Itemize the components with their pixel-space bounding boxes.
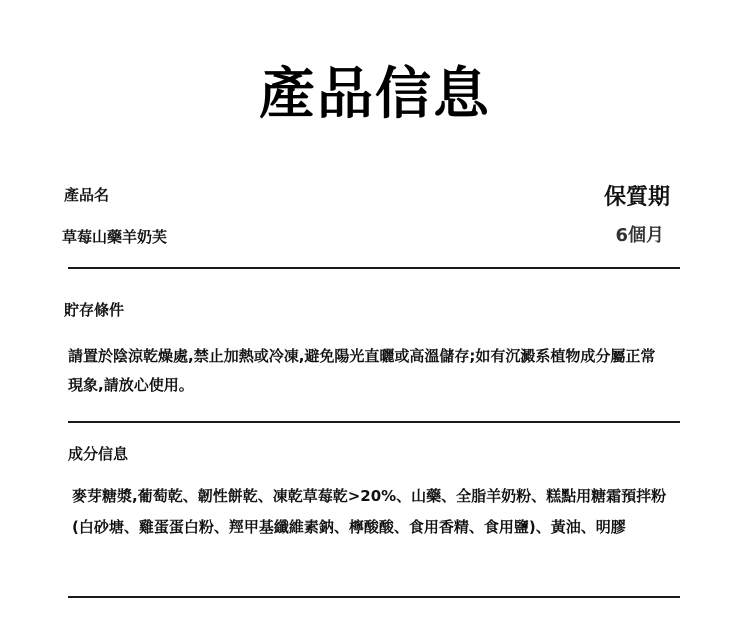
- storage-label: 貯存條件: [64, 300, 124, 320]
- ingredients-label: 成分信息: [68, 444, 128, 464]
- divider-2: [68, 421, 680, 423]
- storage-text: 請置於陰涼乾燥處,禁止加熱或冷凍,避免陽光直曬或高溫儲存;如有沉澱系植物成分屬正…: [68, 342, 668, 400]
- product-name-value: 草莓山藥羊奶芙: [62, 227, 167, 247]
- divider-1: [68, 267, 680, 269]
- product-name-label: 產品名: [64, 185, 109, 205]
- page-title: 產品信息: [0, 58, 750, 132]
- shelf-life-value: 6個月: [615, 224, 664, 248]
- ingredients-text: 麥芽糖漿,葡萄乾、韌性餅乾、凍乾草莓乾>20%、山藥、全脂羊奶粉、糕點用糖霜預拌…: [72, 481, 667, 543]
- shelf-life-label: 保質期: [604, 184, 670, 212]
- divider-3: [68, 596, 680, 598]
